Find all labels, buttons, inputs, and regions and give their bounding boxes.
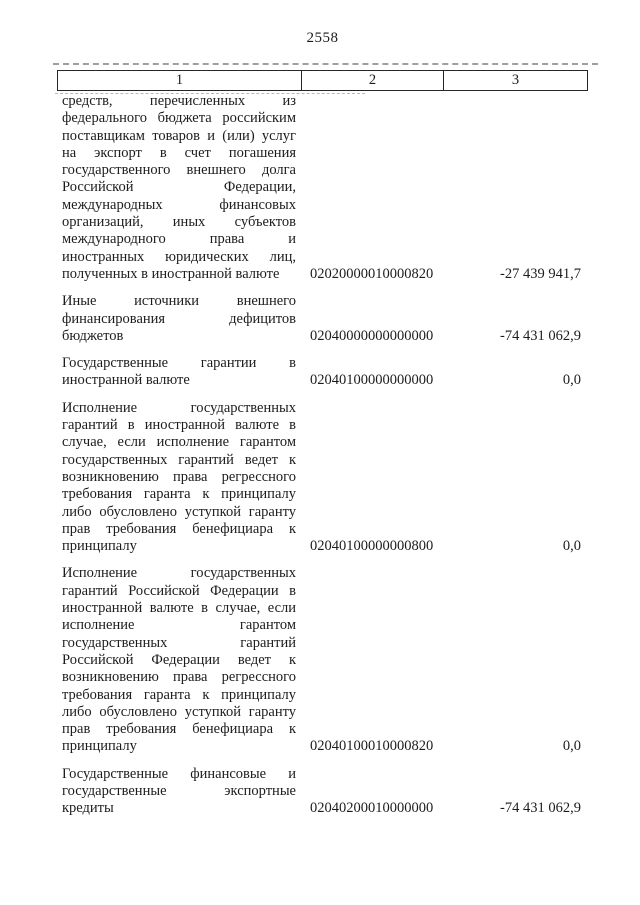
table-header-row: 1 2 3	[57, 70, 588, 91]
row-text-line: гарантий Российской Федерации в	[62, 583, 296, 600]
row-text-line: Исполнение государственных	[62, 400, 296, 417]
header-cell-2: 2	[302, 71, 444, 90]
row-amount-cell: 0,0	[443, 738, 588, 755]
classification-code: 02040100000000800	[310, 538, 433, 554]
classification-code: 02040200010000000	[310, 800, 433, 816]
row-code-cell: 02040100000000800	[301, 538, 443, 555]
row-code-cell: 02040000000000000	[301, 328, 443, 345]
row-text-line: финансирования дефицитов	[62, 311, 296, 328]
row-text-line: государственных гарантий ведет к	[62, 452, 296, 469]
row-text-line: средств, перечисленных из	[62, 93, 296, 110]
header-cell-3: 3	[444, 71, 587, 90]
row-text-cell: Исполнение государственныхгарантий в ино…	[57, 400, 301, 556]
row-text-line: возникновению права регрессного	[62, 469, 296, 486]
row-amount-cell: 0,0	[443, 372, 588, 389]
row-text-line: полученных в иностранной валюте	[62, 266, 296, 283]
header-cell-1: 1	[58, 71, 302, 90]
row-text-line: либо обусловлено уступкой гаранту	[62, 504, 296, 521]
row-text-line: организаций, иных субъектов	[62, 214, 296, 231]
classification-code: 02040100010000820	[310, 738, 433, 754]
row-code-cell: 02040100000000000	[301, 372, 443, 389]
row-text-line: принципалу	[62, 738, 296, 755]
table-row: Исполнение государственныхгарантий Росси…	[57, 565, 588, 755]
row-text-line: гарантий в иностранной валюте в	[62, 417, 296, 434]
amount-value: 0,0	[563, 738, 581, 754]
row-text-line: либо обусловлено уступкой гаранту	[62, 704, 296, 721]
row-text-line: случае, если исполнение гарантом	[62, 434, 296, 451]
budget-table: 1 2 3 средств, перечисленных изфедеральн…	[57, 63, 588, 818]
row-text-line: бюджетов	[62, 328, 296, 345]
table-row: Государственные гарантии виностранной ва…	[57, 355, 588, 390]
row-text-line: государственного внешнего долга	[62, 162, 296, 179]
row-amount-cell: 0,0	[443, 538, 588, 555]
row-text-line: поставщикам товаров и (или) услуг	[62, 128, 296, 145]
amount-value: 0,0	[563, 372, 581, 388]
row-text-line: федерального бюджета российским	[62, 110, 296, 127]
row-amount-cell: -27 439 941,7	[443, 266, 588, 283]
row-text-line: требования гаранта к принципалу	[62, 486, 296, 503]
classification-code: 02040000000000000	[310, 328, 433, 344]
row-text-line: международного права и	[62, 231, 296, 248]
row-text-line: требования гаранта к принципалу	[62, 687, 296, 704]
row-code-cell: 02040100010000820	[301, 738, 443, 755]
classification-code: 02040100000000000	[310, 372, 433, 388]
row-text-line: возникновению права регрессного	[62, 669, 296, 686]
amount-value: -74 431 062,9	[500, 328, 581, 344]
row-text-cell: Иные источники внешнегофинансирования де…	[57, 293, 301, 345]
row-amount-cell: -74 431 062,9	[443, 328, 588, 345]
row-text-line: Исполнение государственных	[62, 565, 296, 582]
row-text-line: Российской Федерации,	[62, 179, 296, 196]
row-text-line: прав требования бенефициара к	[62, 521, 296, 538]
row-text-cell: Государственные гарантии виностранной ва…	[57, 355, 301, 390]
page-number: 2558	[57, 30, 588, 47]
table-row: Иные источники внешнегофинансирования де…	[57, 293, 588, 345]
row-text-line: Государственные гарантии в	[62, 355, 296, 372]
row-code-cell: 02020000010000820	[301, 266, 443, 283]
row-text-line: исполнение гарантом	[62, 617, 296, 634]
table-body: средств, перечисленных изфедерального бю…	[57, 93, 588, 818]
row-text-cell: средств, перечисленных изфедерального бю…	[57, 93, 301, 283]
document-page: 2558 1 2 3 средств, перечисленных изфеде…	[0, 0, 640, 905]
row-text-line: кредиты	[62, 800, 296, 817]
row-text-line: государственных гарантий	[62, 635, 296, 652]
row-text-line: международных финансовых	[62, 197, 296, 214]
row-text-line: иностранной валюте	[62, 372, 296, 389]
table-row: Исполнение государственныхгарантий в ино…	[57, 400, 588, 556]
row-text-line: иностранных юридических лиц,	[62, 249, 296, 266]
row-text-cell: Исполнение государственныхгарантий Росси…	[57, 565, 301, 755]
row-text-line: иностранной валюте в случае, если	[62, 600, 296, 617]
amount-value: -74 431 062,9	[500, 800, 581, 816]
classification-code: 02020000010000820	[310, 266, 433, 282]
row-text-line: Российской Федерации ведет к	[62, 652, 296, 669]
row-text-line: Иные источники внешнего	[62, 293, 296, 310]
row-text-line: Государственные финансовые и	[62, 766, 296, 783]
row-text-line: государственные экспортные	[62, 783, 296, 800]
row-text-line: на экспорт в счет погашения	[62, 145, 296, 162]
table-row: Государственные финансовые игосударствен…	[57, 766, 588, 818]
scan-artifact-line	[53, 63, 598, 65]
row-text-line: прав требования бенефициара к	[62, 721, 296, 738]
table-row: средств, перечисленных изфедерального бю…	[57, 93, 588, 283]
amount-value: 0,0	[563, 538, 581, 554]
amount-value: -27 439 941,7	[500, 266, 581, 282]
row-amount-cell: -74 431 062,9	[443, 800, 588, 817]
row-text-line: принципалу	[62, 538, 296, 555]
row-text-cell: Государственные финансовые игосударствен…	[57, 766, 301, 818]
row-code-cell: 02040200010000000	[301, 800, 443, 817]
